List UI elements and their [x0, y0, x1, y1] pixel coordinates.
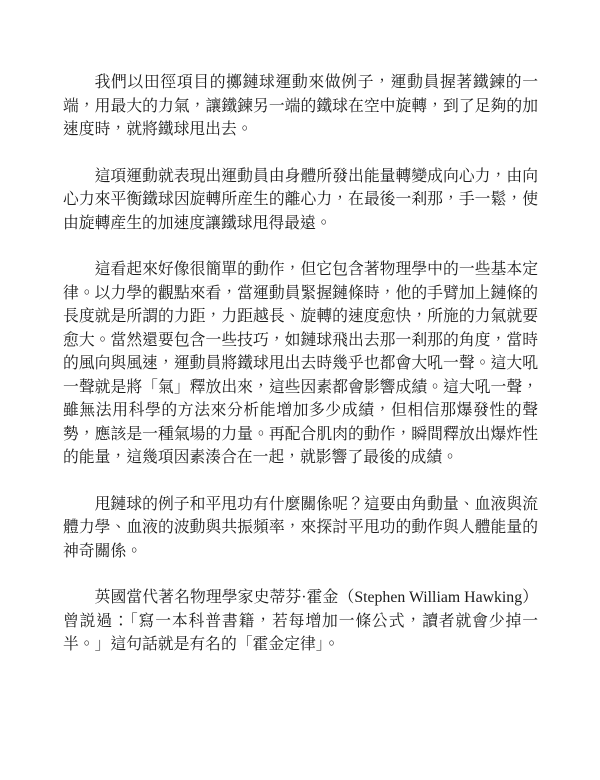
paragraph-1: 我們以田徑項目的擲鏈球運動來做例子，運動員握著鐵鍊的一端，用最大的力氣，讓鐵鍊另…	[63, 71, 538, 142]
paragraph-5: 英國當代著名物理學家史蒂芬·霍金（Stephen William Hawking…	[63, 586, 538, 657]
paragraph-4: 甩鏈球的例子和平甩功有什麼關係呢？這要由角動量、血液與流體力學、血液的波動與共振…	[63, 493, 538, 564]
paragraph-2: 這項運動就表現出運動員由身體所發出能量轉變成向心力，由向心力來平衡鐵球因旋轉所産…	[63, 165, 538, 236]
text-block: 我們以田徑項目的擲鏈球運動來做例子，運動員握著鐵鍊的一端，用最大的力氣，讓鐵鍊另…	[63, 71, 538, 680]
document-page: 我們以田徑項目的擲鏈球運動來做例子，運動員握著鐵鍊的一端，用最大的力氣，讓鐵鍊另…	[0, 0, 600, 780]
paragraph-3: 這看起來好像很簡單的動作，但它包含著物理學中的一些基本定律。以力學的觀點來看，當…	[63, 258, 538, 470]
